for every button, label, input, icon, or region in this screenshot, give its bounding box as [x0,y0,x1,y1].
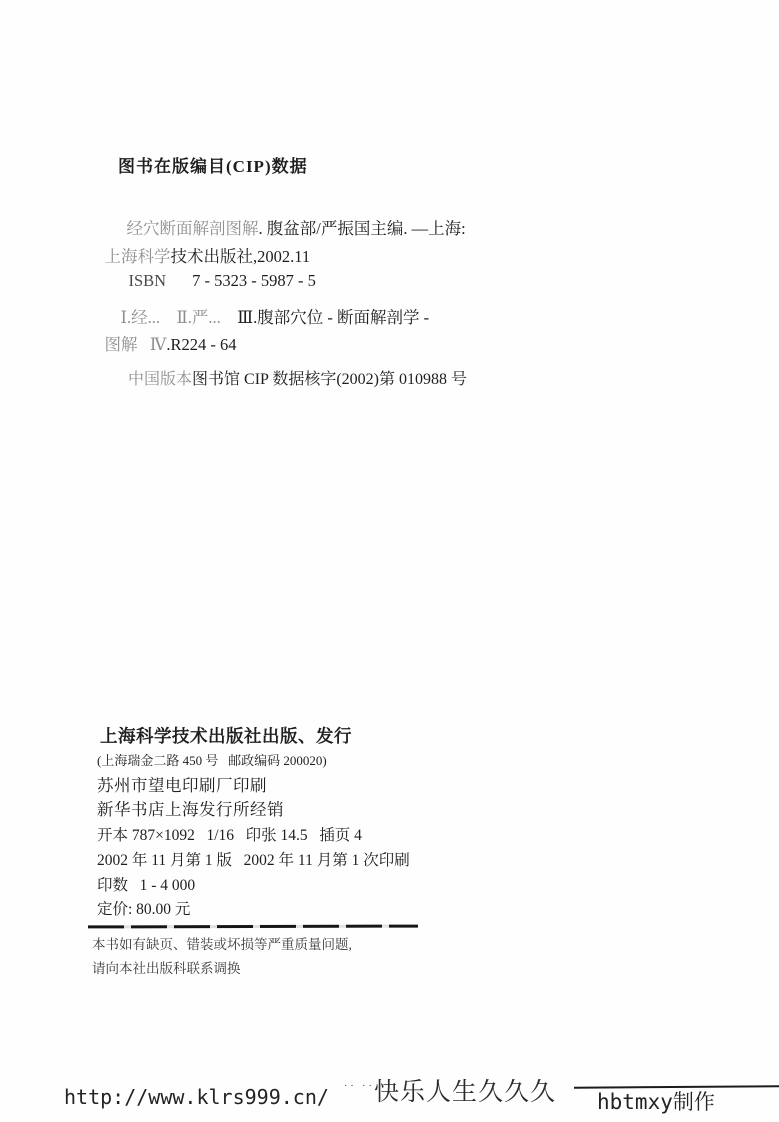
cip-record-rest-part: 图书馆 CIP 数据核字(2002)第 010988 号 [192,371,467,388]
format-line: 开本 787×1092 1/16 印张 14.5 插页 4 [97,827,362,846]
printer-line: 苏州市望电印刷厂印刷 [97,776,267,796]
isbn-number: 7 - 5323 - 5987 - 5 [192,271,316,290]
separator-rule [88,925,418,929]
watermark-url: http://www.klrs999.cn/ [64,1085,329,1109]
watermark-credit-overline [574,1085,779,1088]
cip-header: 图书在版编目(CIP)数据 [118,157,308,177]
cip-class1-rest-part: Ⅲ.腹部穴位 - 断面解剖学 - [221,308,429,327]
publisher-line: 上海科学技术出版社出版、发行 [100,726,352,747]
edition-line: 2002 年 11 月第 1 版 2002 年 11 月第 1 次印刷 [97,852,410,871]
cip-record-faint-part: 中国版本 [128,371,192,388]
print-run-line: 印数 1 - 4 000 [97,877,195,896]
cip-record-number-line: 中国版本图书馆 CIP 数据核字(2002)第 010988 号 [112,351,467,409]
quality-notice-line-2: 请向本社出版科联系调换 [92,961,241,977]
distributor-line: 新华书店上海发行所经销 [97,800,284,820]
isbn-label: ISBN [129,271,167,290]
watermark-dashes: ·· ·· [344,1081,375,1093]
book-copyright-page: 图书在版编目(CIP)数据 经穴断面解剖图解. 腹盆部/严振国主编. —上海: … [0,0,779,1122]
quality-notice-line-1: 本书如有缺页、错装或坏损等严重质量问题, [92,937,352,953]
publisher-address-line: (上海瑞金二路 450 号 邮政编码 200020) [97,753,327,769]
watermark-credit: hbtmxy制作 [597,1090,715,1115]
watermark-slogan: 快乐人生久久久 [374,1078,556,1108]
price-line: 定价: 80.00 元 [97,901,190,920]
